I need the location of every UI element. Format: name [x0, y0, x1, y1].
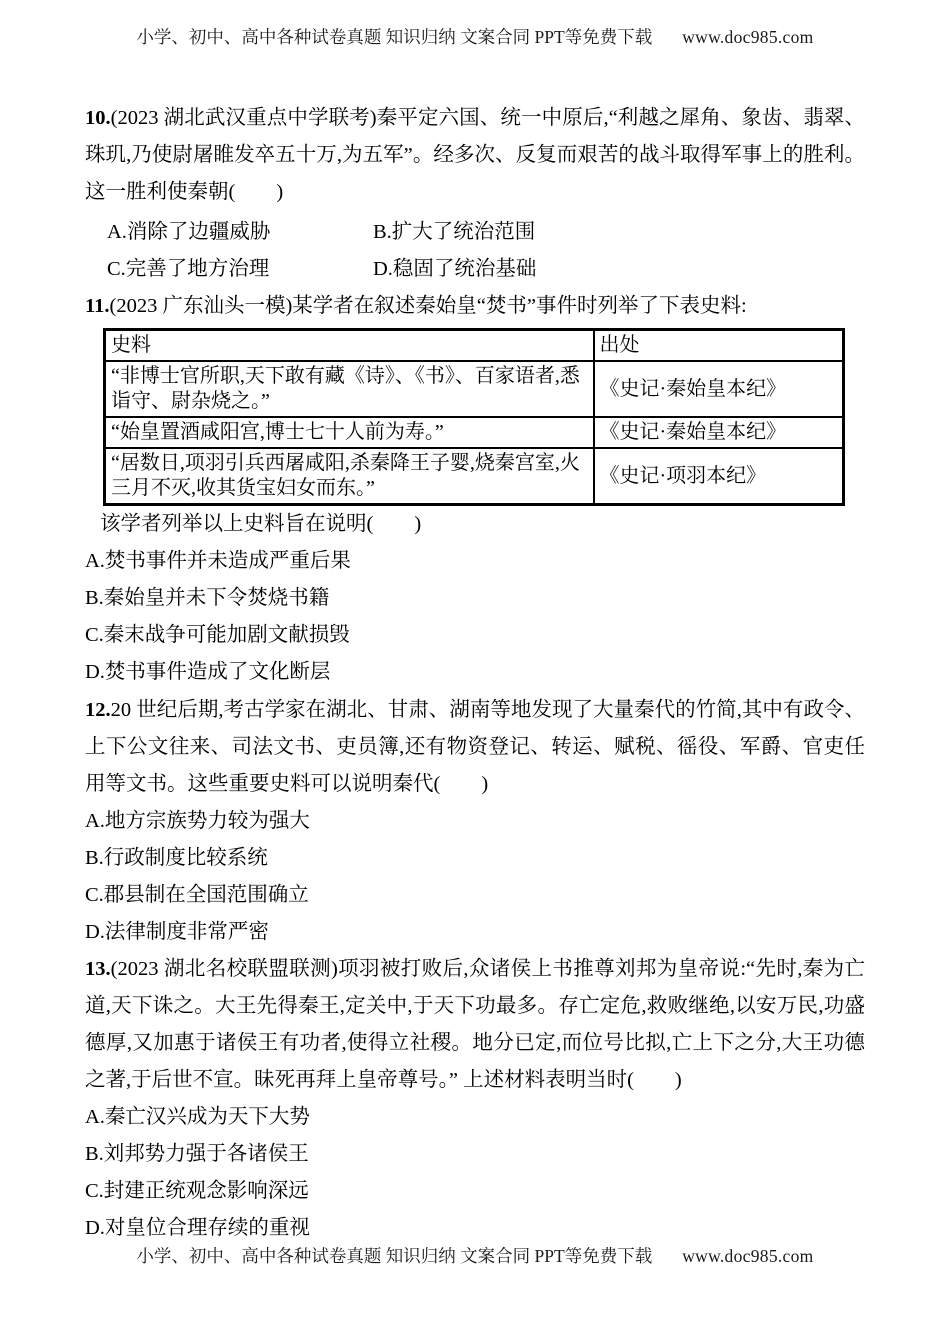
question-10: 10.(2023 湖北武汉重点中学联考)秦平定六国、统一中原后,“利越之犀角、象… [85, 100, 865, 288]
table-cell-source-2: “始皇置酒咸阳宫,博士七十人前为寿。” [105, 417, 594, 448]
question-11-options: A.焚书事件并未造成严重后果 B.秦始皇并未下令焚烧书籍 C.秦末战争可能加剧文… [85, 543, 865, 691]
question-12-stem: 12.20 世纪后期,考古学家在湖北、甘肃、湖南等地发现了大量秦代的竹简,其中有… [85, 692, 865, 803]
question-12-option-d: D.法律制度非常严密 [85, 914, 865, 951]
question-13-number: 13. [85, 958, 111, 980]
question-10-options: A.消除了边疆威胁 B.扩大了统治范围 C.完善了地方治理 D.稳固了统治基础 [85, 214, 865, 288]
source-table: 史料 出处 “非博士官所职,天下敢有藏《诗》、《书》、百家语者,悉诣守、尉杂烧之… [103, 328, 845, 506]
question-12-option-c: C.郡县制在全国范围确立 [85, 877, 865, 914]
table-cell-origin-2: 《史记·秦始皇本纪》 [594, 417, 844, 448]
question-13-stem: 13.(2023 湖北名校联盟联测)项羽被打败后,众诸侯上书推尊刘邦为皇帝说:“… [85, 951, 865, 1099]
table-cell-source-1: “非博士官所职,天下敢有藏《诗》、《书》、百家语者,悉诣守、尉杂烧之。” [105, 361, 594, 417]
question-11-option-c: C.秦末战争可能加剧文献损毁 [85, 617, 865, 654]
question-13-option-a: A.秦亡汉兴成为天下大势 [85, 1099, 865, 1136]
footer-site-url: www.doc985.com [682, 1246, 813, 1266]
footer-text: 小学、初中、高中各种试卷真题 知识归纳 文案合同 PPT等免费下载 [136, 1246, 652, 1266]
table-cell-source-3: “居数日,项羽引兵西屠咸阳,杀秦降王子婴,烧秦宫室,火三月不灭,收其货宝妇女而东… [105, 448, 594, 505]
table-cell-origin-1: 《史记·秦始皇本纪》 [594, 361, 844, 417]
table-row: “居数日,项羽引兵西屠咸阳,杀秦降王子婴,烧秦宫室,火三月不灭,收其货宝妇女而东… [105, 448, 844, 505]
page-footer: 小学、初中、高中各种试卷真题 知识归纳 文案合同 PPT等免费下载www.doc… [0, 1246, 950, 1266]
question-10-option-b: B.扩大了统治范围 [373, 214, 865, 251]
question-13-text: (2023 湖北名校联盟联测)项羽被打败后,众诸侯上书推尊刘邦为皇帝说:“先时,… [85, 958, 865, 1091]
question-10-text: (2023 湖北武汉重点中学联考)秦平定六国、统一中原后,“利越之犀角、象齿、翡… [85, 107, 865, 203]
question-12-option-a: A.地方宗族势力较为强大 [85, 803, 865, 840]
question-13-option-b: B.刘邦势力强于各诸侯王 [85, 1136, 865, 1173]
question-11-text: (2023 广东汕头一模)某学者在叙述秦始皇“焚书”事件时列举了下表史料: [110, 295, 747, 317]
question-12-option-b: B.行政制度比较系统 [85, 840, 865, 877]
question-12: 12.20 世纪后期,考古学家在湖北、甘肃、湖南等地发现了大量秦代的竹简,其中有… [85, 692, 865, 951]
table-row: “始皇置酒咸阳宫,博士七十人前为寿。” 《史记·秦始皇本纪》 [105, 417, 844, 448]
question-12-text: 20 世纪后期,考古学家在湖北、甘肃、湖南等地发现了大量秦代的竹简,其中有政令、… [85, 699, 865, 795]
question-13-option-d: D.对皇位合理存续的重视 [85, 1210, 865, 1247]
page-header: 小学、初中、高中各种试卷真题 知识归纳 文案合同 PPT等免费下载www.doc… [85, 0, 865, 47]
question-11-option-b: B.秦始皇并未下令焚烧书籍 [85, 580, 865, 617]
header-site-url: www.doc985.com [682, 27, 813, 47]
question-10-option-d: D.稳固了统治基础 [373, 251, 865, 288]
question-11-option-d: D.焚书事件造成了文化断层 [85, 654, 865, 691]
question-11-prompt: 该学者列举以上史料旨在说明( ) [85, 506, 865, 543]
question-13: 13.(2023 湖北名校联盟联测)项羽被打败后,众诸侯上书推尊刘邦为皇帝说:“… [85, 951, 865, 1247]
question-11-number: 11. [85, 295, 110, 317]
table-col-header-source: 史料 [105, 330, 594, 362]
table-col-header-origin: 出处 [594, 330, 844, 362]
table-cell-origin-3: 《史记·项羽本纪》 [594, 448, 844, 505]
question-12-options: A.地方宗族势力较为强大 B.行政制度比较系统 C.郡县制在全国范围确立 D.法… [85, 803, 865, 951]
table-header-row: 史料 出处 [105, 330, 844, 362]
header-text: 小学、初中、高中各种试卷真题 知识归纳 文案合同 PPT等免费下载 [136, 27, 652, 47]
question-10-stem: 10.(2023 湖北武汉重点中学联考)秦平定六国、统一中原后,“利越之犀角、象… [85, 100, 865, 211]
question-10-option-c: C.完善了地方治理 [107, 251, 373, 288]
question-13-option-c: C.封建正统观念影响深远 [85, 1173, 865, 1210]
question-11: 11.(2023 广东汕头一模)某学者在叙述秦始皇“焚书”事件时列举了下表史料:… [85, 288, 865, 691]
table-row: “非博士官所职,天下敢有藏《诗》、《书》、百家语者,悉诣守、尉杂烧之。” 《史记… [105, 361, 844, 417]
exam-page: 小学、初中、高中各种试卷真题 知识归纳 文案合同 PPT等免费下载www.doc… [0, 0, 950, 1344]
question-12-number: 12. [85, 699, 111, 721]
question-11-stem: 11.(2023 广东汕头一模)某学者在叙述秦始皇“焚书”事件时列举了下表史料: [85, 288, 865, 325]
question-11-option-a: A.焚书事件并未造成严重后果 [85, 543, 865, 580]
question-10-option-a: A.消除了边疆威胁 [107, 214, 373, 251]
question-13-options: A.秦亡汉兴成为天下大势 B.刘邦势力强于各诸侯王 C.封建正统观念影响深远 D… [85, 1099, 865, 1247]
question-10-number: 10. [85, 107, 111, 129]
